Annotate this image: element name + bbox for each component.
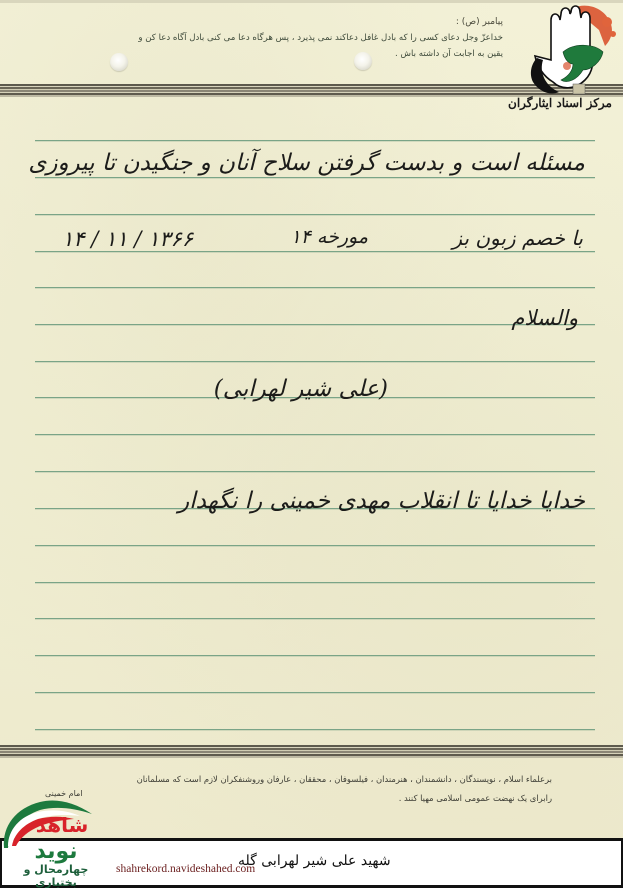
header-hadith: پیامبر (ص) : خداعزّ وجل دعای کسی را که ب… [103,14,503,62]
ruled-line [35,582,595,583]
martyr-caption: شهید علی شیر لهرابی گله [238,853,391,869]
navid-shahed-emblem-icon: شاهد نوید [0,788,100,864]
ruled-line [35,655,595,656]
archive-center-caption: مرکز اسناد ایثارگران [503,96,617,110]
handwritten-signature-name: (علی شیر لهرابی) [214,376,388,402]
ruled-line [35,692,595,693]
handwritten-date: ۱۳۶۶ / ۱۱ / ۱۴ [62,227,193,251]
ruled-line [35,618,595,619]
footer-divider-band [0,745,623,758]
hadith-line-1: خداعزّ وجل دعای کسی را که بادل غافل دعاک… [103,30,503,46]
hand-dove-emblem-icon [503,0,623,100]
archive-center-logo: مرکز اسناد ایثارگران [503,0,623,118]
navid-shahed-logo: شاهد نوید [0,788,100,864]
hadith-title: پیامبر (ص) : [103,14,503,30]
site-url-link[interactable]: shahrekord.navideshahed.com [116,863,255,875]
handwritten-closing: والسلام [511,306,578,330]
ruled-line [35,214,595,215]
ruled-line [35,361,595,362]
footer-quote: برعلماء اسلام ، نویسندگان ، دانشمندان ، … [40,770,552,808]
hadith-line-2: یقین به اجابت آن داشته باش . [103,46,503,62]
handwritten-dated-label: مورخه ۱۴ [290,226,368,248]
handwritten-line-1: مسئله است و بدست گرفتن سلاح آنان و جنگید… [28,150,585,176]
brand-region-label: چهارمحال و بختیاری [2,863,110,888]
punch-hole-right [354,52,372,70]
handwritten-line-2-phrase: با خصم زبون بز [452,226,583,250]
quote-line-2: رابرای یک نهضت عمومی اسلامی مهیا کنند . [40,789,552,808]
svg-text:شاهد: شاهد [36,813,89,837]
ruled-line [35,471,595,472]
punch-hole-left [110,53,128,71]
handwritten-prayer: خدایا خدایا تا انقلاب مهدی خمینی را نگهد… [178,488,585,514]
scanned-letter-page: پیامبر (ص) : خداعزّ وجل دعای کسی را که ب… [0,0,623,888]
quote-line-1: برعلماء اسلام ، نویسندگان ، دانشمندان ، … [40,770,552,789]
ruled-line [35,729,595,730]
ruled-line [35,177,595,178]
svg-text:نوید: نوید [34,839,77,864]
ruled-line [35,545,595,546]
ruled-line [35,434,595,435]
ruled-line [35,251,595,252]
ruled-line [35,140,595,141]
ruled-line [35,287,595,288]
